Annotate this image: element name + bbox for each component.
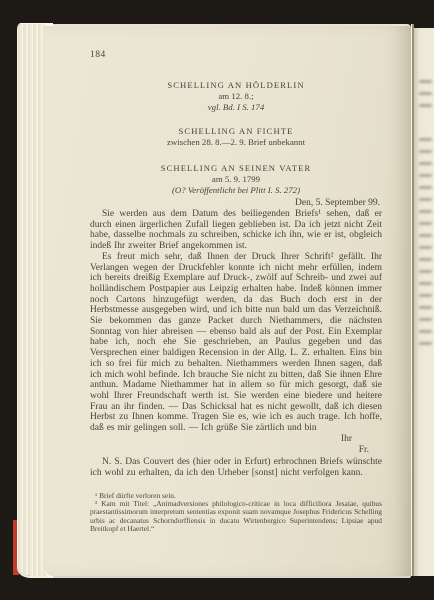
facing-page-text-blur	[419, 282, 432, 285]
facing-page-text-blur	[419, 294, 432, 297]
facing-page-text-blur	[419, 186, 432, 189]
signature-line-ihr: Ihr	[90, 434, 382, 446]
facing-page-text-blur	[419, 306, 432, 309]
letter-heading-vater: SCHELLING AN SEINEN VATER am 5. 9. 1799 …	[90, 163, 382, 196]
facing-page-text-blur	[419, 80, 432, 83]
facing-page-text-blur	[419, 342, 432, 345]
signature-line-fr: Fr.	[90, 445, 382, 457]
facing-page-text-blur	[419, 270, 432, 273]
footnotes-block: ¹ Brief dürfte verloren sein. ² Kam mit …	[90, 492, 382, 533]
facing-page-sliver	[414, 28, 434, 576]
facing-page-text-blur	[419, 92, 432, 95]
facing-page-text-blur	[419, 198, 432, 201]
footnote-2: ² Kam mit Titel: „Animadversiones philol…	[90, 500, 382, 533]
facing-page-text-blur	[419, 104, 432, 107]
letter-paragraph: Sie werden aus dem Datum des beiliegende…	[90, 209, 382, 252]
facing-page-text-blur	[419, 138, 432, 141]
entry-title: SCHELLING AN FICHTE	[90, 126, 382, 137]
facing-page-text-blur	[419, 210, 432, 213]
facing-page-text-blur	[419, 258, 432, 261]
letter-paragraph: Es freut mich sehr, daß Ihnen der Druck …	[90, 252, 382, 434]
photo-background: { "page": { "page_number": "184", "entri…	[0, 0, 434, 600]
facing-page-text-blur	[419, 162, 432, 165]
facing-page-text-blur	[419, 246, 432, 249]
entry-title: SCHELLING AN HÖLDERLIN	[90, 80, 382, 91]
entry-date: am 5. 9. 1799	[90, 174, 382, 185]
text-column: 184 SCHELLING AN HÖLDERLIN am 12. 8.; vg…	[90, 26, 382, 533]
book-page: 184 SCHELLING AN HÖLDERLIN am 12. 8.; vg…	[44, 26, 411, 576]
letter-heading-fichte: SCHELLING AN FICHTE zwischen 28. 8.—2. 9…	[90, 126, 382, 148]
facing-page-text-blur	[419, 330, 432, 333]
book-photo: 184 SCHELLING AN HÖLDERLIN am 12. 8.; vg…	[0, 0, 434, 600]
entry-date: am 12. 8.;	[90, 91, 382, 102]
facing-page-text-blur	[419, 318, 432, 321]
facing-page-text-blur	[419, 150, 432, 153]
facing-page-text-blur	[419, 222, 432, 225]
facing-page-text-blur	[419, 174, 432, 177]
page-number: 184	[90, 50, 382, 60]
letter-dateline: Den, 5. September 99.	[90, 198, 382, 209]
entry-title: SCHELLING AN SEINEN VATER	[90, 163, 382, 174]
facing-page-text-blur	[419, 234, 432, 237]
entry-reference: vgl. Bd. I S. 174	[90, 102, 382, 113]
letter-heading-hoelderlin: SCHELLING AN HÖLDERLIN am 12. 8.; vgl. B…	[90, 80, 382, 113]
postscript: N. S. Das Couvert des (hier oder in Erfu…	[90, 457, 382, 478]
entry-reference: (O? Veröffentlicht bei Plitt I. S. 272)	[90, 185, 382, 196]
entry-date: zwischen 28. 8.—2. 9. Brief unbekannt	[90, 137, 382, 148]
